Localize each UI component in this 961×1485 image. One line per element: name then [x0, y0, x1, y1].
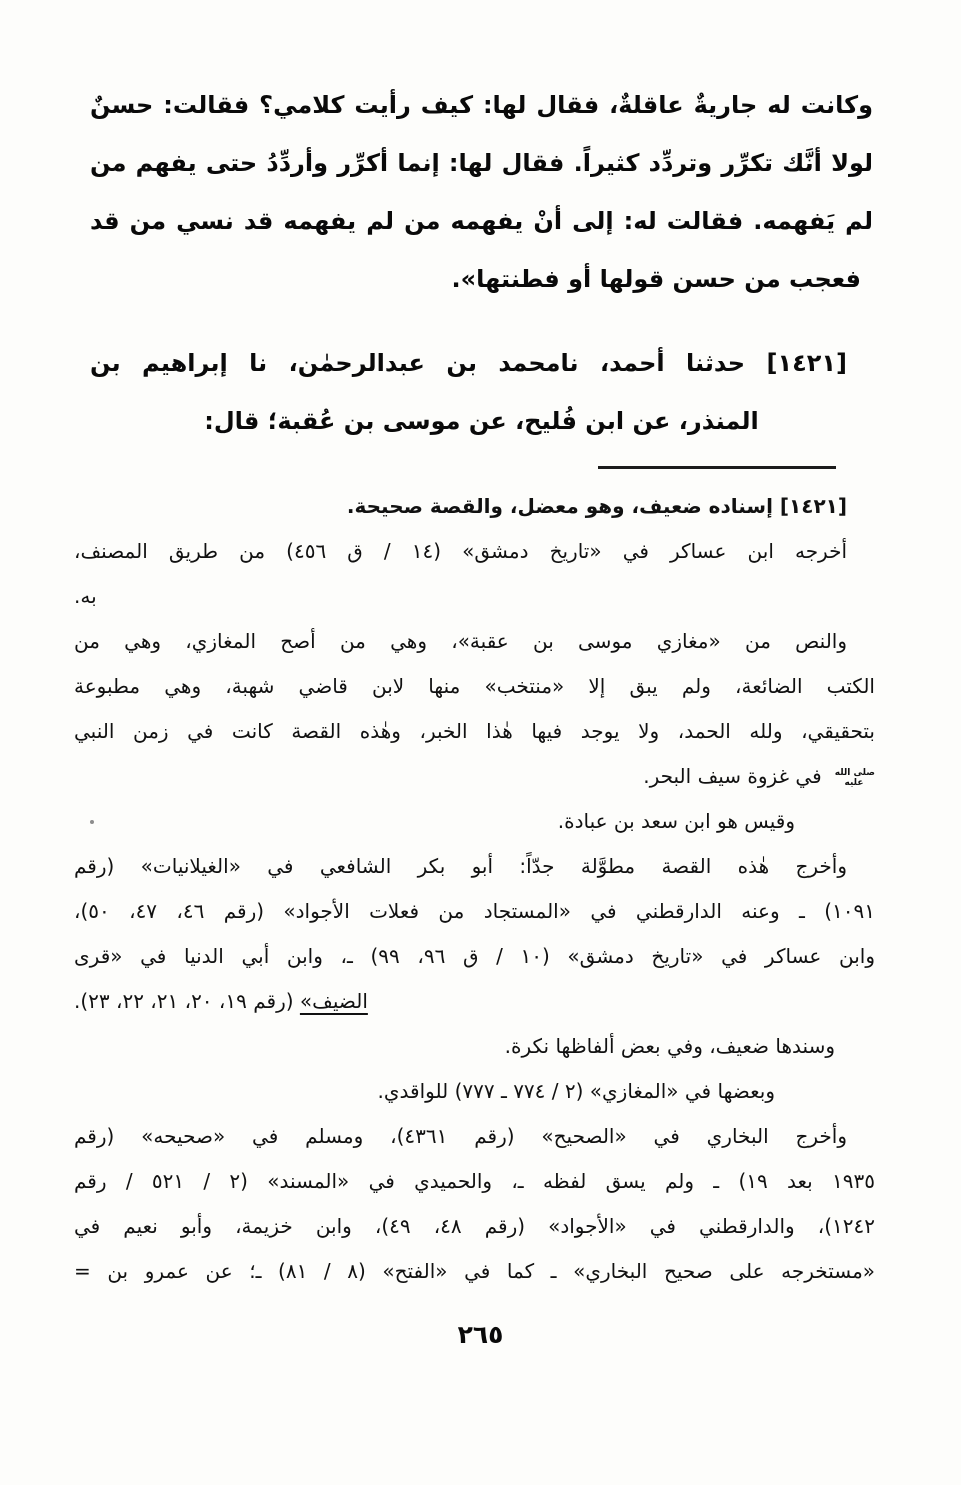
footnote-line: ١٩٣٥ بعد ١٩) ـ ولم يسق لفظه ـ، والحميدي … — [74, 1159, 875, 1204]
hadith-number-line: [١٤٢١] حدثنا أحمد، نامحمد بن عبدالرحمٰن،… — [90, 334, 873, 392]
book-title-underlined: الضيف» — [300, 989, 368, 1013]
honorific-text: عليه وسلم — [833, 778, 875, 788]
footnote-line: والنص من «مغازي موسى بن عقبة»، وهي من أص… — [74, 619, 875, 664]
main-text-block: وكانت له جاريةٌ عاقلةٌ، فقال لها: كيف رأ… — [90, 76, 873, 450]
hadith-isnad-line: المنذر، عن ابن فُليح، عن موسى بن عُقبة؛ … — [90, 392, 873, 450]
page-number: ٢٦٥ — [0, 1320, 961, 1349]
footnote-text: في غزوة سيف البحر. — [643, 764, 821, 788]
footnote-line: وابن عساكر في «تاريخ دمشق» (١٠ / ق ٩٦، ٩… — [74, 934, 875, 979]
footnote-line: أخرجه ابن عساكر في «تاريخ دمشق» (١٤ / ق … — [74, 529, 875, 574]
footnote-line: وبعضها في «المغازي» (٢ / ٧٧٤ ـ ٧٧٧) للوا… — [74, 1069, 875, 1114]
footnotes-block: [١٤٢١] إسناده ضعيف، وهو معضل، والقصة صحي… — [74, 484, 875, 1294]
footnote-line: بتحقيقي، ولله الحمد، ولا يوجد فيها هٰذا … — [74, 709, 875, 754]
scan-speck — [90, 820, 94, 824]
scanned-book-page: وكانت له جاريةٌ عاقلةٌ، فقال لها: كيف رأ… — [0, 0, 961, 1485]
footnote-divider — [598, 466, 836, 469]
footnote-line: ١٠٩١) ـ وعنه الدارقطني في «المستجاد من ف… — [74, 889, 875, 934]
main-text-line: لولا أنَّك تكرِّر وتردِّد كثيراً. فقال ل… — [90, 134, 873, 192]
main-text-line: وكانت له جاريةٌ عاقلةٌ، فقال لها: كيف رأ… — [90, 76, 873, 134]
main-text-line: لم يَفهمه. فقالت له: إلى أنْ يفهمه من لم… — [90, 192, 873, 250]
honorific-text: صلى الله — [833, 768, 875, 778]
footnote-line-tail: به. — [74, 574, 875, 619]
main-text-line-end: فعجب من حسن قولها أو فطنتها». — [90, 250, 873, 308]
footnote-line: وأخرج البخاري في «الصحيح» (رقم ٤٣٦١)، وم… — [74, 1114, 875, 1159]
footnote-line: ١٢٤٢)، والدارقطني في «الأجواد» (رقم ٤٨، … — [74, 1204, 875, 1249]
footnote-line-honorific: صلى الله عليه وسلم في غزوة سيف البحر. — [74, 754, 875, 799]
footnote-line: وأخرج هٰذه القصة مطوَّلة جدّاً: أبو بكر … — [74, 844, 875, 889]
footnote-line: وسندها ضعيف، وفي بعض ألفاظها نكرة. — [74, 1024, 875, 1069]
footnote-line: الكتب الضائعة، ولم يبق إلا «منتخب» منها … — [74, 664, 875, 709]
footnote-text: (رقم ١٩، ٢٠، ٢١، ٢٢، ٢٣). — [74, 989, 294, 1013]
footnote-grade-line: [١٤٢١] إسناده ضعيف، وهو معضل، والقصة صحي… — [74, 484, 875, 529]
footnote-line-tail: الضيف» (رقم ١٩، ٢٠، ٢١، ٢٢، ٢٣). — [74, 979, 875, 1024]
footnote-line: «مستخرجه على صحيح البخاري» ـ كما في «الف… — [74, 1249, 875, 1294]
footnote-line: وقيس هو ابن سعد بن عبادة. — [74, 799, 875, 844]
prophet-honorific-icon: صلى الله عليه وسلم — [833, 768, 875, 788]
